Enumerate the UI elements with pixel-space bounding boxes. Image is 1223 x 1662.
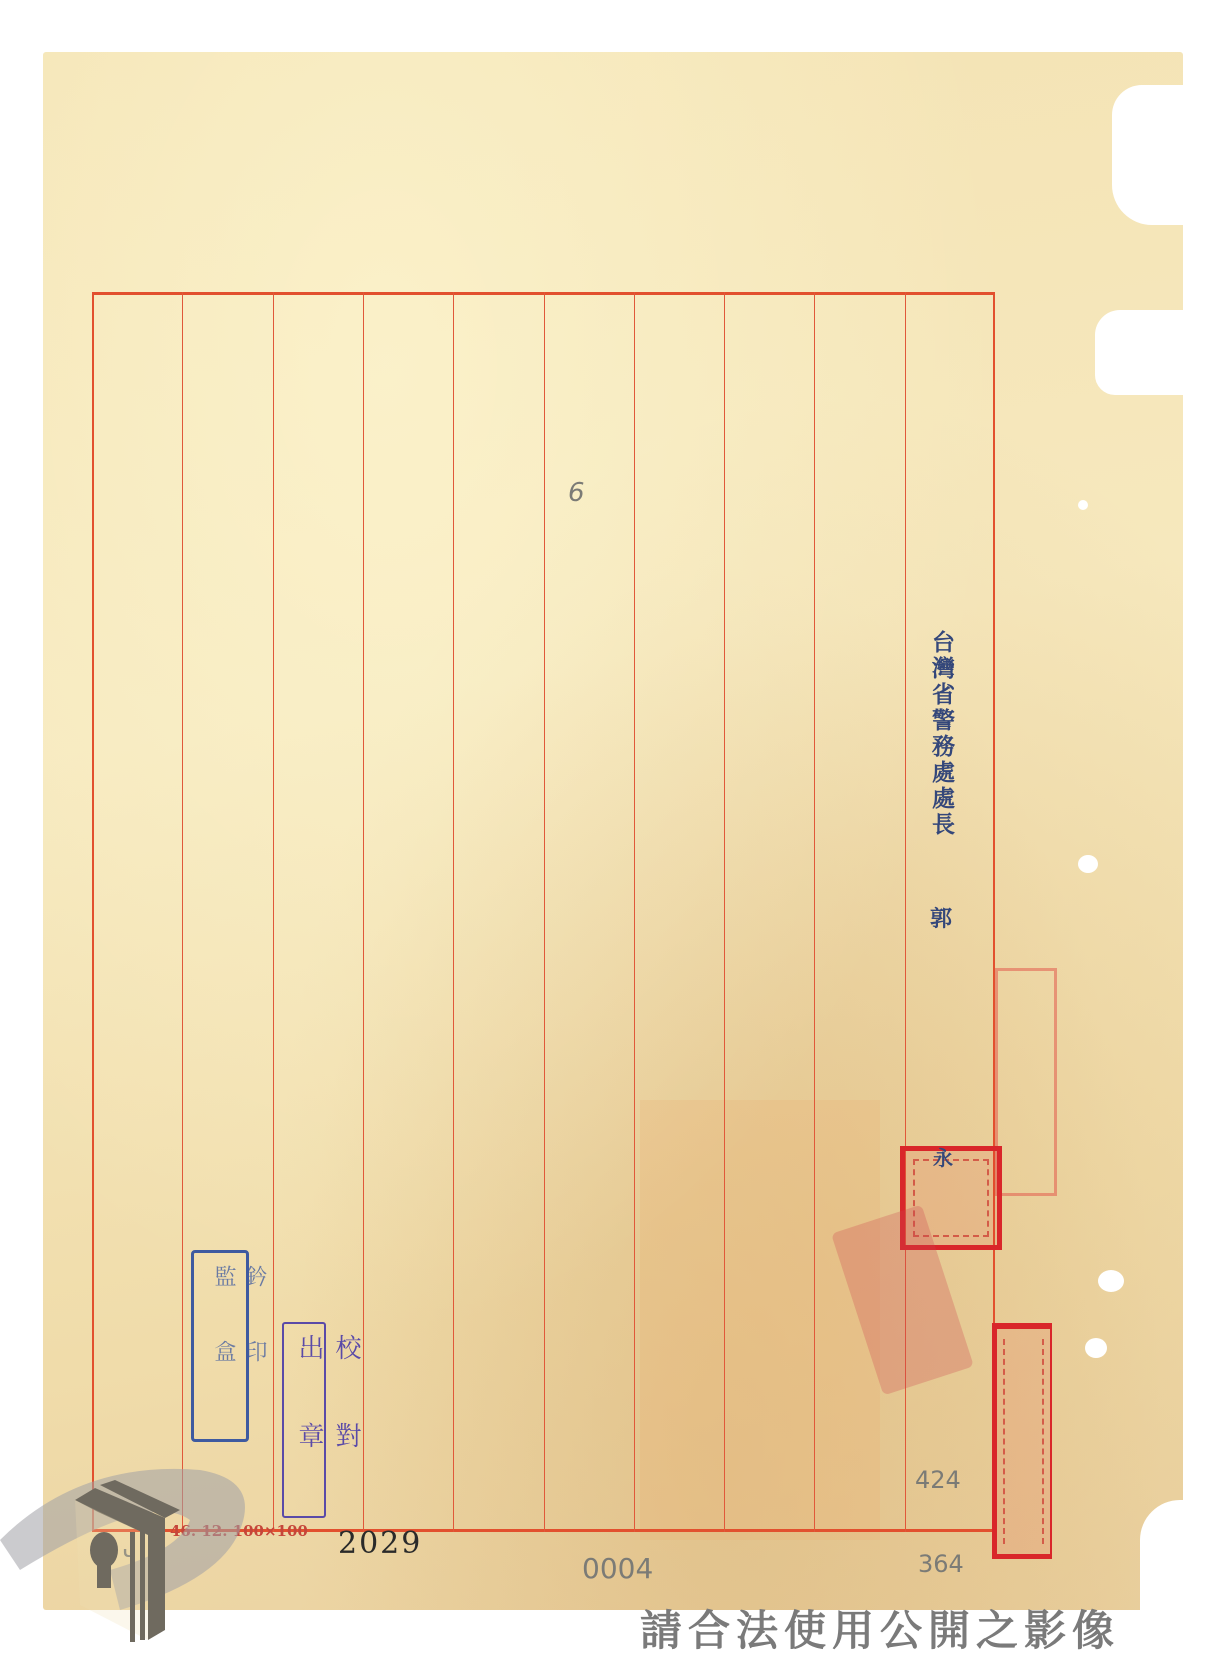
watermark-text: 請合法使用公開之影像: [640, 1598, 1120, 1658]
document-number: 2029: [338, 1526, 422, 1561]
pencil-number-box: 424: [915, 1466, 961, 1494]
punch-hole: [1078, 500, 1088, 510]
torn-edge: [1095, 310, 1195, 395]
punch-hole: [1085, 1338, 1107, 1358]
archive-logo-icon: [0, 1440, 260, 1662]
sender-given-name: 永: [933, 1142, 953, 1171]
column-rule: [453, 292, 454, 1532]
sender-title: 台灣省警務處處長: [925, 630, 958, 838]
tall-red-seal: [992, 1323, 1052, 1559]
pencil-mark-upper: 6: [568, 478, 585, 508]
torn-edge: [1140, 1500, 1200, 1620]
faint-red-seal: [995, 968, 1057, 1196]
column-rule: [182, 292, 183, 1532]
purple-stamp-text: 校 對 出 章: [291, 1334, 365, 1516]
blue-stamp: 鈐 印 監 盒: [191, 1250, 249, 1442]
torn-edge: [1112, 85, 1192, 225]
pencil-number-right: 364: [918, 1550, 964, 1578]
column-rule: [634, 292, 635, 1532]
purple-stamp: 校 對 出 章: [282, 1322, 326, 1518]
column-rule: [724, 292, 725, 1532]
column-rule: [544, 292, 545, 1532]
punch-hole: [1078, 855, 1098, 873]
column-rule: [273, 292, 274, 1532]
pencil-page-number: 0004: [582, 1552, 653, 1585]
blue-stamp-text: 鈐 印 監 盒: [208, 1265, 270, 1439]
punch-hole: [1098, 1270, 1124, 1292]
column-rule: [814, 292, 815, 1532]
sender-surname: 郭: [930, 902, 952, 933]
